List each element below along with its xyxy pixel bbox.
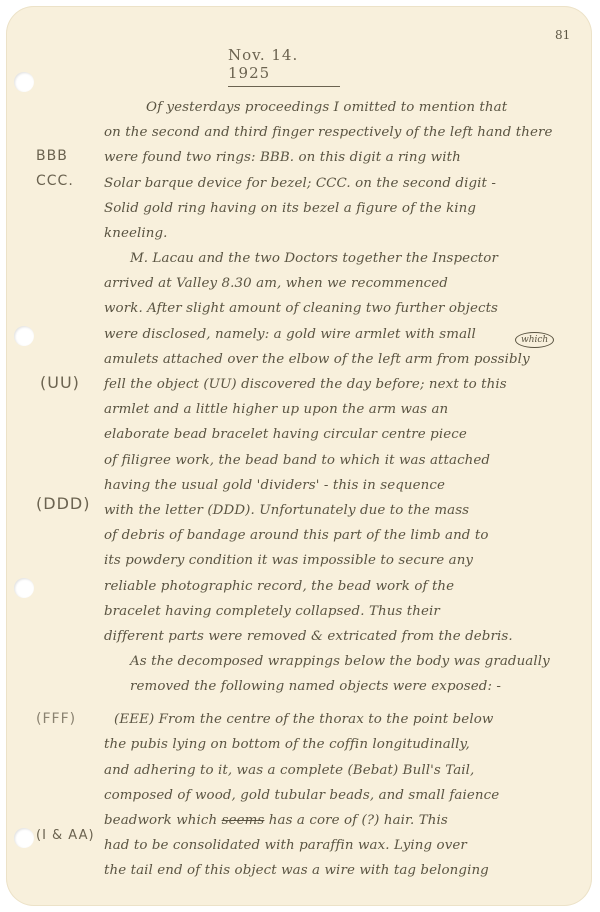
punch-hole-1 [14, 72, 34, 92]
insert-note-circled: which [515, 332, 554, 348]
text-line: on the second and third finger respectiv… [104, 125, 553, 140]
notebook-page: Nov. 14. 1925 81 BBB CCC. (UU) (DDD) (FF… [6, 6, 592, 906]
text-line: having the usual gold 'dividers' - this … [104, 478, 445, 493]
text-line: M. Lacau and the two Doctors together th… [130, 251, 498, 266]
text-line: the pubis lying on bottom of the coffin … [104, 737, 470, 752]
text-line: composed of wood, gold tubular beads, an… [104, 788, 499, 803]
margin-label-i-aa: (I & AA) [36, 828, 95, 843]
text-line: Of yesterdays proceedings I omitted to m… [146, 100, 507, 115]
struck-word: seems [222, 813, 265, 828]
text-line-with-strikethrough: beadwork which seems has a core of (?) h… [104, 813, 448, 828]
text-line: of filigree work, the bead band to which… [104, 453, 490, 468]
text-line: removed the following named objects were… [130, 679, 501, 694]
text-line: kneeling. [104, 226, 168, 241]
text-line: reliable photographic record, the bead w… [104, 579, 454, 594]
text-line: fell the object (UU) discovered the day … [104, 377, 507, 392]
text-line: its powdery condition it was impossible … [104, 553, 473, 568]
entry-date: Nov. 14. 1925 [228, 46, 340, 87]
text-line: armlet and a little higher up upon the a… [104, 402, 448, 417]
text-fragment: beadwork which [104, 813, 222, 828]
text-line: the tail end of this object was a wire w… [104, 863, 489, 878]
punch-hole-3 [14, 578, 34, 598]
page-number: 81 [555, 28, 570, 42]
text-line: elaborate bead bracelet having circular … [104, 427, 467, 442]
text-line: were disclosed, namely: a gold wire arml… [104, 327, 476, 342]
text-line: arrived at Valley 8.30 am, when we recom… [104, 276, 448, 291]
text-line: work. After slight amount of cleaning tw… [104, 301, 498, 316]
margin-label-uu: (UU) [40, 373, 80, 392]
margin-label-ddd: (DDD) [36, 494, 90, 513]
text-line: amulets attached over the elbow of the l… [104, 352, 530, 367]
margin-label-ccc: CCC. [36, 173, 74, 189]
text-line: (EEE) From the centre of the thorax to t… [114, 712, 493, 727]
text-line: different parts were removed & extricate… [104, 629, 513, 644]
text-line: had to be consolidated with paraffin wax… [104, 838, 467, 853]
text-line: with the letter (DDD). Unfortunately due… [104, 503, 469, 518]
punch-hole-2 [14, 326, 34, 346]
text-line: bracelet having completely collapsed. Th… [104, 604, 440, 619]
punch-hole-4 [14, 828, 34, 848]
text-line: Solid gold ring having on its bezel a fi… [104, 201, 476, 216]
text-fragment: has a core of (?) hair. This [264, 813, 447, 828]
text-line: Solar barque device for bezel; CCC. on t… [104, 176, 496, 191]
text-line: As the decomposed wrappings below the bo… [130, 654, 550, 669]
text-line: and adhering to it, was a complete (Beba… [104, 763, 474, 778]
text-line: of debris of bandage around this part of… [104, 528, 488, 543]
margin-label-bbb: BBB [36, 148, 68, 164]
text-line: were found two rings: BBB. on this digit… [104, 150, 461, 165]
margin-label-fff: (FFF) [36, 711, 76, 727]
